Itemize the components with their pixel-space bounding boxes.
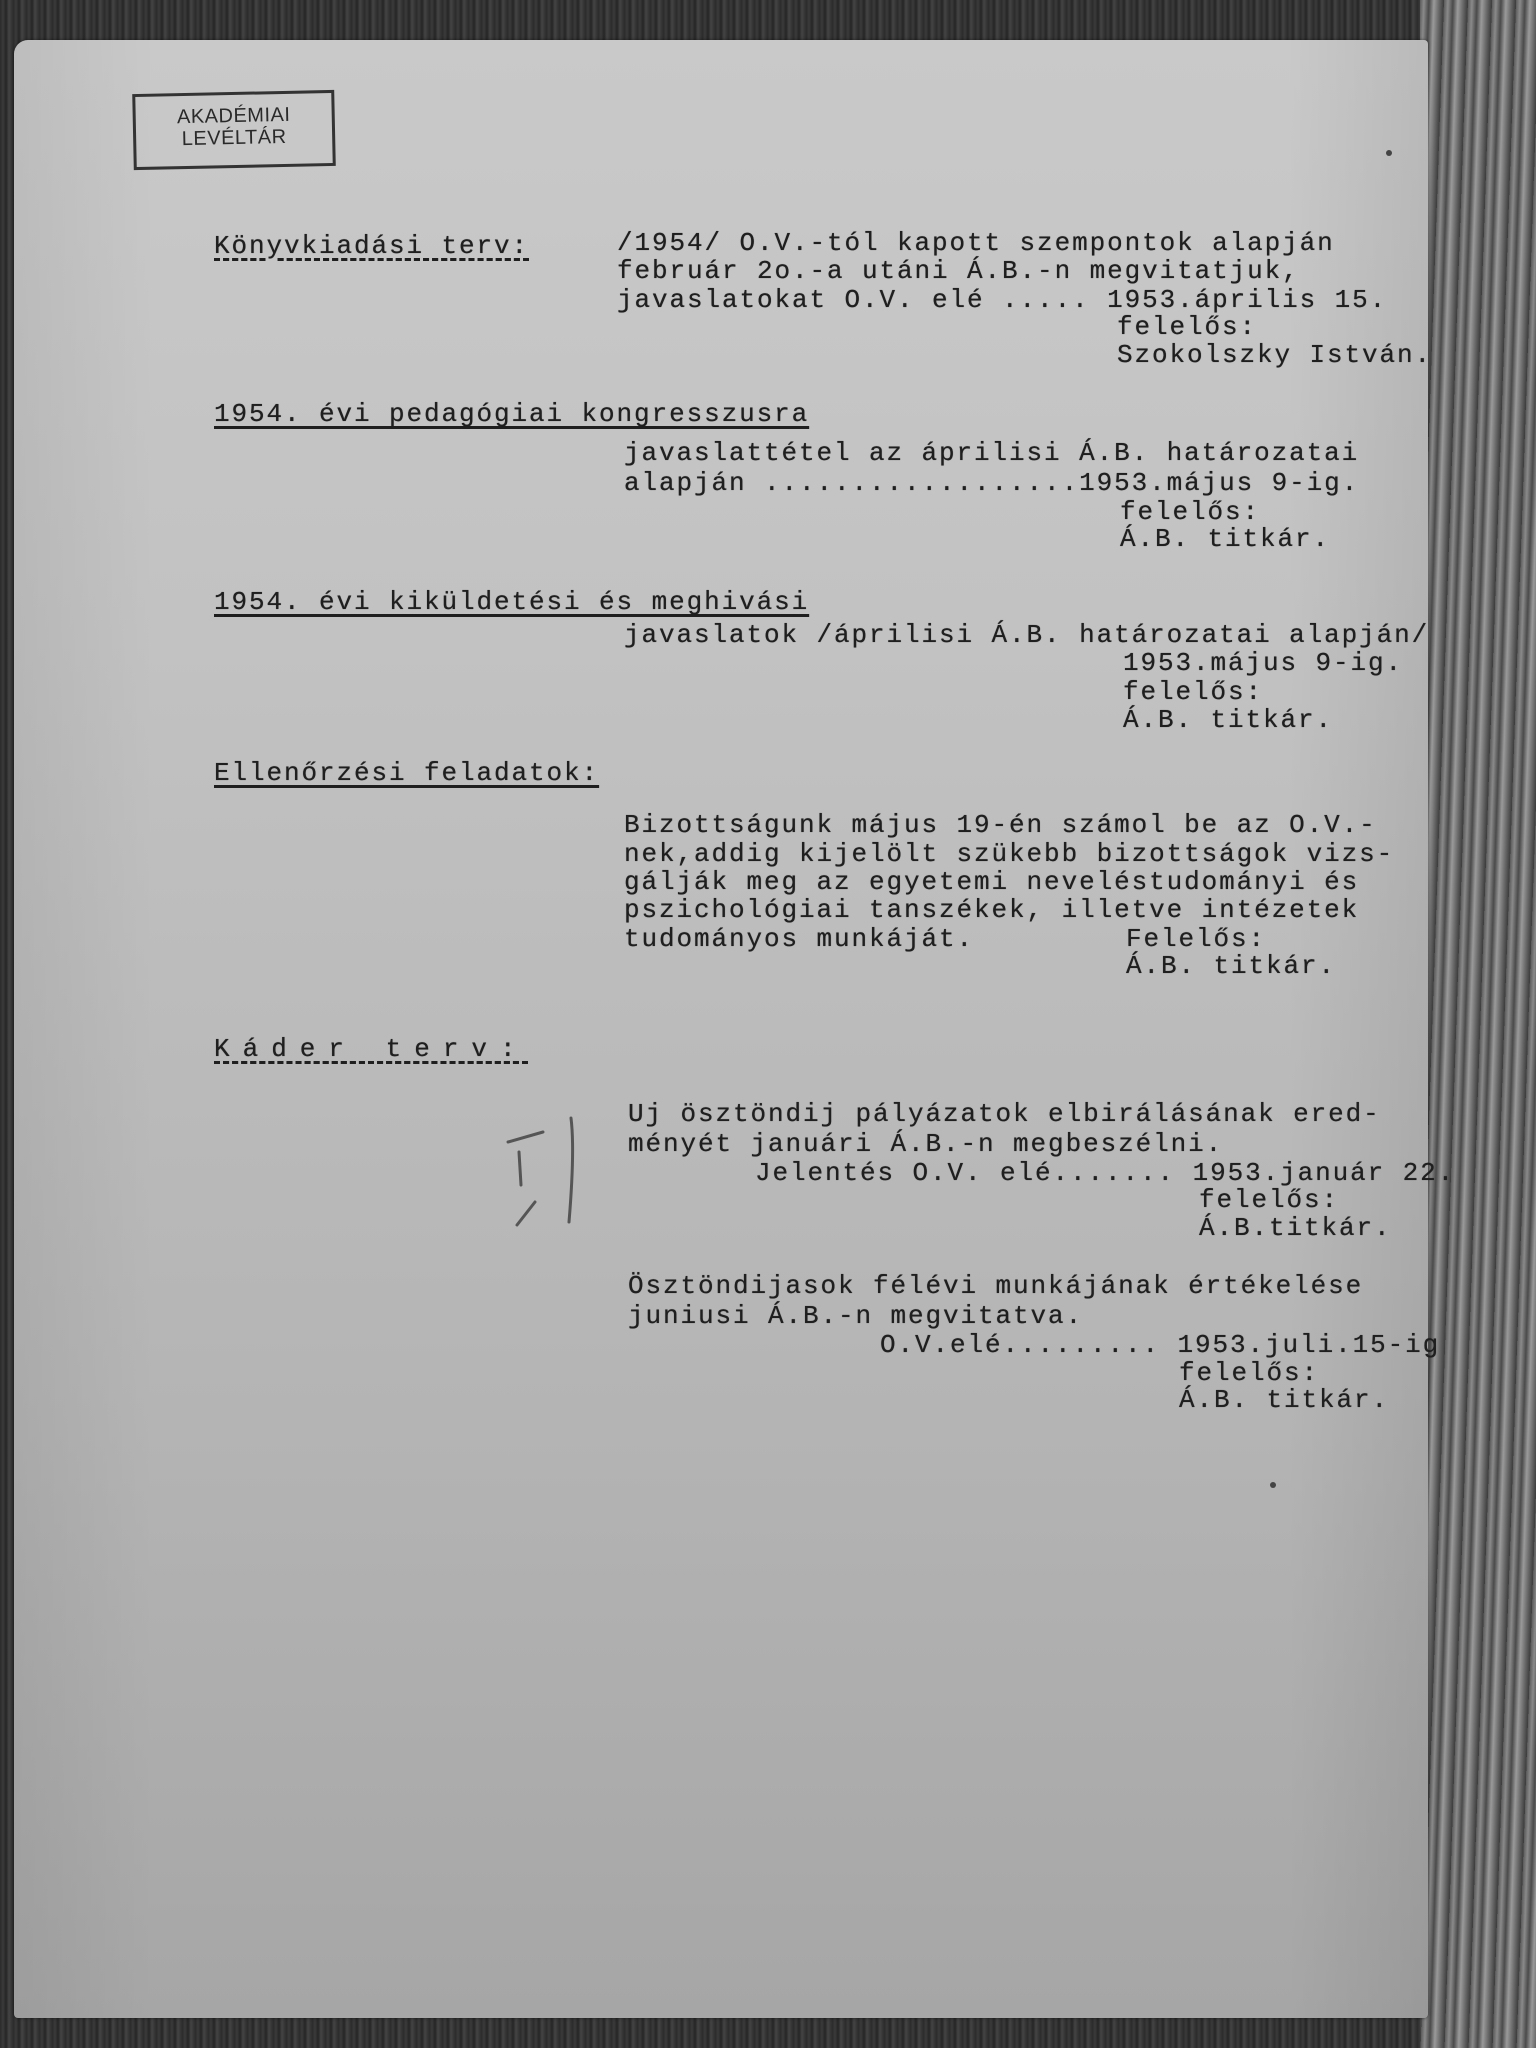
body-line: javaslatok /áprilisi Á.B. határozatai al…: [624, 621, 1429, 649]
responsible-person: Á.B. titkár.: [1123, 706, 1333, 734]
responsible-label: felelős:: [1117, 313, 1257, 341]
body-line: alapján ..................1953.május 9-i…: [624, 469, 1359, 497]
section-heading-kader-terv: Káder terv:: [214, 1035, 529, 1063]
responsible-person: Szokolszky István.: [1117, 341, 1432, 369]
body-line: ményét januári Á.B.-n megbeszélni.: [628, 1130, 1223, 1158]
body-line: O.V.elé......... 1953.juli.15-ig: [880, 1331, 1440, 1359]
body-line: javaslatokat O.V. elé ..... 1953.április…: [617, 286, 1387, 314]
body-line: Ösztöndijasok félévi munkájának értékelé…: [628, 1272, 1363, 1300]
section-heading-ellenorzesi: Ellenőrzési feladatok:: [214, 759, 599, 787]
section-heading-konyvkiadasi: Könyvkiadási terv:: [214, 232, 529, 260]
responsible-person: Á.B. titkár.: [1179, 1386, 1389, 1414]
stamp-line-2: LEVÉLTÁR: [136, 125, 332, 151]
responsible-label: felelős:: [1179, 1359, 1319, 1387]
section-heading-kikuldetesi: 1954. évi kiküldetési és meghivási: [214, 588, 809, 616]
archive-stamp: AKADÉMIAI LEVÉLTÁR: [132, 90, 336, 170]
responsible-person: Á.B. titkár.: [1126, 952, 1336, 980]
body-line: /1954/ O.V.-tól kapott szempontok alapjá…: [617, 229, 1335, 257]
responsible-person: Á.B. titkár.: [1120, 525, 1330, 553]
body-line: tudományos munkáját.: [624, 925, 974, 953]
responsible-label: felelős:: [1123, 678, 1263, 706]
body-line: pszichológiai tanszékek, illetve intézet…: [624, 896, 1359, 924]
body-line: juniusi Á.B.-n megvitatva.: [628, 1302, 1083, 1330]
body-line: nek,addig kijelölt szükebb bizottságok v…: [624, 840, 1394, 868]
responsible-label: Felelős:: [1126, 925, 1266, 953]
handwritten-mark-icon: [505, 1110, 585, 1240]
section-heading-pedagogiai-kongresszus: 1954. évi pedagógiai kongresszusra: [214, 400, 809, 428]
body-line: február 2o.-a utáni Á.B.-n megvitatjuk,: [617, 257, 1300, 285]
paper-speck: [1270, 1482, 1276, 1488]
body-line: Bizottságunk május 19-én számol be az O.…: [624, 811, 1377, 839]
responsible-person: Á.B.titkár.: [1199, 1214, 1392, 1242]
body-line: Uj ösztöndij pályázatok elbirálásának er…: [628, 1100, 1381, 1128]
body-line: javaslattétel az áprilisi Á.B. határozat…: [624, 439, 1359, 467]
responsible-label: felelős:: [1199, 1186, 1339, 1214]
responsible-label: felelős:: [1120, 498, 1260, 526]
deadline: 1953.május 9-ig.: [1123, 649, 1403, 677]
wooden-background: [1420, 0, 1536, 2048]
body-line: Jelentés O.V. elé....... 1953.január 22.: [755, 1159, 1455, 1187]
body-line: gálják meg az egyetemi neveléstudományi …: [624, 868, 1359, 896]
paper-speck: [1386, 150, 1392, 156]
